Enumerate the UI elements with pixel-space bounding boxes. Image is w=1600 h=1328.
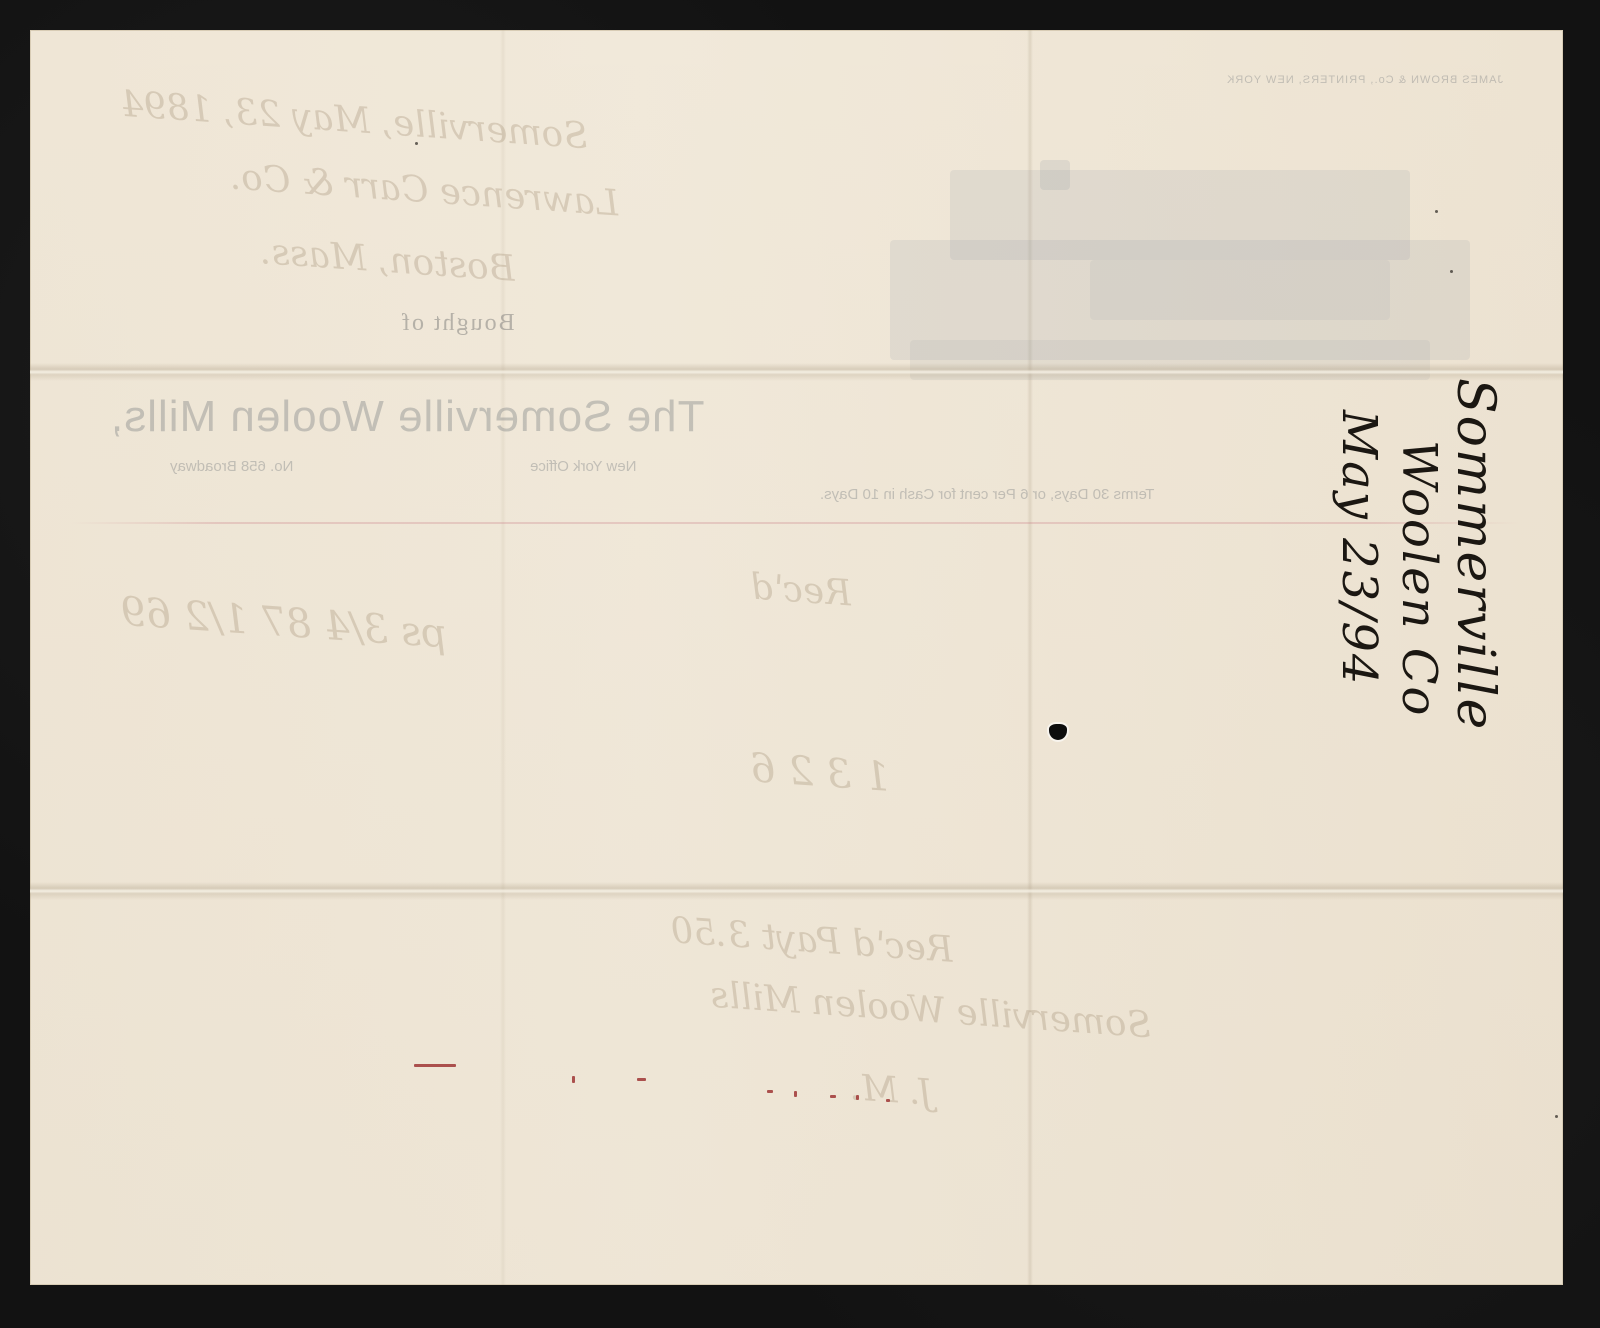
- docket-inscription: Sommerville Woolen Co May 23/94: [1295, 360, 1555, 880]
- docket-company-line2: Woolen Co: [1391, 440, 1447, 717]
- faded-handwriting: Rec'd: [749, 567, 853, 615]
- office-address: No. 658 Broadway: [170, 458, 293, 475]
- docket-company-line1: Sommerville: [1445, 378, 1505, 731]
- red-ink-mark: [767, 1090, 773, 1093]
- red-ink-mark: [637, 1078, 646, 1081]
- punch-hole: [1049, 724, 1067, 740]
- vertical-crease: [500, 30, 506, 1285]
- company-name: The Somerville Woolen Mills,: [110, 392, 704, 442]
- faded-handwriting: Lawrence Carr & Co.: [229, 156, 620, 224]
- office-label: New York Office: [530, 458, 636, 475]
- bought-of-label: Bought of: [400, 310, 515, 337]
- red-ink-mark: [830, 1095, 836, 1098]
- horizontal-fold: [30, 882, 1563, 900]
- faded-handwriting: Somerville, May 23, 1894: [119, 84, 589, 158]
- faded-handwriting: J. M.: [849, 1067, 934, 1114]
- red-ink-mark: [856, 1095, 859, 1100]
- red-ink-mark: [886, 1099, 890, 1102]
- paper-speck: [415, 142, 418, 145]
- red-ink-mark: [414, 1064, 456, 1067]
- faded-handwriting: 1 3 2 6: [749, 745, 892, 801]
- paper-speck: [1555, 1115, 1558, 1118]
- paper-speck: [1435, 210, 1438, 213]
- red-ink-mark: [572, 1076, 575, 1083]
- paper-speck: [1450, 270, 1453, 273]
- faded-handwriting: Boston, Mass.: [259, 231, 517, 290]
- printer-credit: JAMES BROWN & Co., PRINTERS, NEW YORK: [1226, 74, 1503, 86]
- faded-handwriting: Rec'd Payt 3.50: [669, 910, 955, 971]
- faded-handwriting: ps 3/4 87 1/2 69: [119, 589, 449, 658]
- paper-sheet: JAMES BROWN & Co., PRINTERS, NEW YORK Bo…: [30, 30, 1563, 1285]
- faded-handwriting: Somerville Woolen Mills: [709, 975, 1153, 1047]
- payment-terms: Terms 30 Days, or 6 Per cent for Cash in…: [820, 486, 1154, 503]
- docket-date: May 23/94: [1331, 410, 1387, 686]
- red-ink-mark: [794, 1091, 797, 1097]
